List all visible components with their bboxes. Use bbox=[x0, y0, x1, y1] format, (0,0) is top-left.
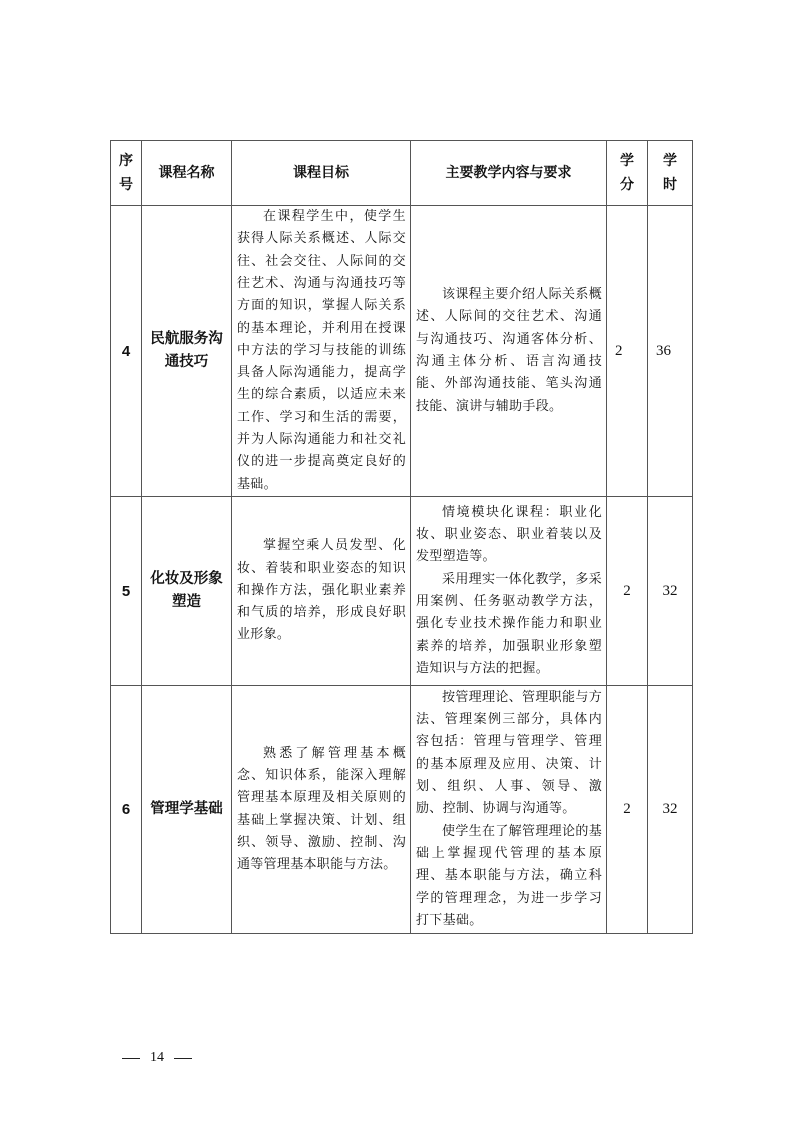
table-row: 6 管理学基础 熟悉了解管理基本概念、知识体系，能深入理解管理基本原理及相关原则… bbox=[111, 686, 693, 934]
header-hours: 学 时 bbox=[648, 141, 693, 206]
page-footer: 14 bbox=[122, 1050, 192, 1066]
row-seq: 5 bbox=[111, 497, 142, 686]
row-content: 该课程主要介绍人际关系概述、人际间的交往艺术、沟通与沟通技巧、沟通客体分析、沟通… bbox=[411, 206, 607, 497]
table-row: 5 化妆及形象塑造 掌握空乘人员发型、化妆、着装和职业姿态的知识和操作方法，强化… bbox=[111, 497, 693, 686]
row-seq: 4 bbox=[111, 206, 142, 497]
table-row: 4 民航服务沟通技巧 在课程学生中，使学生获得人际关系概述、人际交往、社会交往、… bbox=[111, 206, 693, 497]
content-paragraph: 按管理理论、管理职能与方法、管理案例三部分，具体内容包括：管理与管理学、管理的基… bbox=[416, 687, 602, 821]
row-seq: 6 bbox=[111, 686, 142, 934]
content-paragraph: 使学生在了解管理理论的基础上掌握现代管理的基本原理、基本职能与方法，确立科学的管… bbox=[416, 821, 602, 932]
course-table: 序 号 课程名称 课程目标 主要教学内容与要求 学 分 学 时 4 民航服务沟通… bbox=[110, 140, 693, 934]
table-header-row: 序 号 课程名称 课程目标 主要教学内容与要求 学 分 学 时 bbox=[111, 141, 693, 206]
content-paragraph: 该课程主要介绍人际关系概述、人际间的交往艺术、沟通与沟通技巧、沟通客体分析、沟通… bbox=[416, 284, 602, 418]
dash-left bbox=[122, 1058, 140, 1059]
goal-paragraph: 在课程学生中，使学生获得人际关系概述、人际交往、社会交往、人际间的交往艺术、沟通… bbox=[237, 206, 406, 496]
page-number: 14 bbox=[150, 1050, 164, 1066]
dash-right bbox=[174, 1058, 192, 1059]
goal-paragraph: 掌握空乘人员发型、化妆、着装和职业姿态的知识和操作方法，强化职业素养和气质的培养… bbox=[237, 535, 406, 646]
row-credit: 2 bbox=[607, 497, 648, 686]
row-goal: 掌握空乘人员发型、化妆、着装和职业姿态的知识和操作方法，强化职业素养和气质的培养… bbox=[232, 497, 411, 686]
header-seq-label: 序 号 bbox=[119, 153, 133, 193]
content-paragraph: 情境模块化课程：职业化妆、职业姿态、职业着装以及发型塑造等。 bbox=[416, 502, 602, 569]
goal-paragraph: 熟悉了解管理基本概念、知识体系，能深入理解管理基本原理及相关原则的基础上掌握决策… bbox=[237, 743, 406, 877]
row-course-name: 民航服务沟通技巧 bbox=[142, 206, 232, 497]
header-name: 课程名称 bbox=[142, 141, 232, 206]
header-credit: 学 分 bbox=[607, 141, 648, 206]
header-seq: 序 号 bbox=[111, 141, 142, 206]
row-hours: 32 bbox=[648, 686, 693, 934]
row-hours: 36 bbox=[648, 206, 693, 497]
row-course-name: 化妆及形象塑造 bbox=[142, 497, 232, 686]
row-hours: 32 bbox=[648, 497, 693, 686]
row-course-name: 管理学基础 bbox=[142, 686, 232, 934]
row-content: 按管理理论、管理职能与方法、管理案例三部分，具体内容包括：管理与管理学、管理的基… bbox=[411, 686, 607, 934]
header-content: 主要教学内容与要求 bbox=[411, 141, 607, 206]
header-goal: 课程目标 bbox=[232, 141, 411, 206]
row-goal: 熟悉了解管理基本概念、知识体系，能深入理解管理基本原理及相关原则的基础上掌握决策… bbox=[232, 686, 411, 934]
content-paragraph: 采用理实一体化教学，多采用案例、任务驱动教学方法，强化专业技术操作能力和职业素养… bbox=[416, 569, 602, 680]
row-content: 情境模块化课程：职业化妆、职业姿态、职业着装以及发型塑造等。 采用理实一体化教学… bbox=[411, 497, 607, 686]
row-credit: 2 bbox=[607, 686, 648, 934]
header-hours-label: 学 时 bbox=[663, 153, 677, 193]
row-goal: 在课程学生中，使学生获得人际关系概述、人际交往、社会交往、人际间的交往艺术、沟通… bbox=[232, 206, 411, 497]
row-credit: 2 bbox=[607, 206, 648, 497]
header-credit-label: 学 分 bbox=[620, 153, 634, 193]
